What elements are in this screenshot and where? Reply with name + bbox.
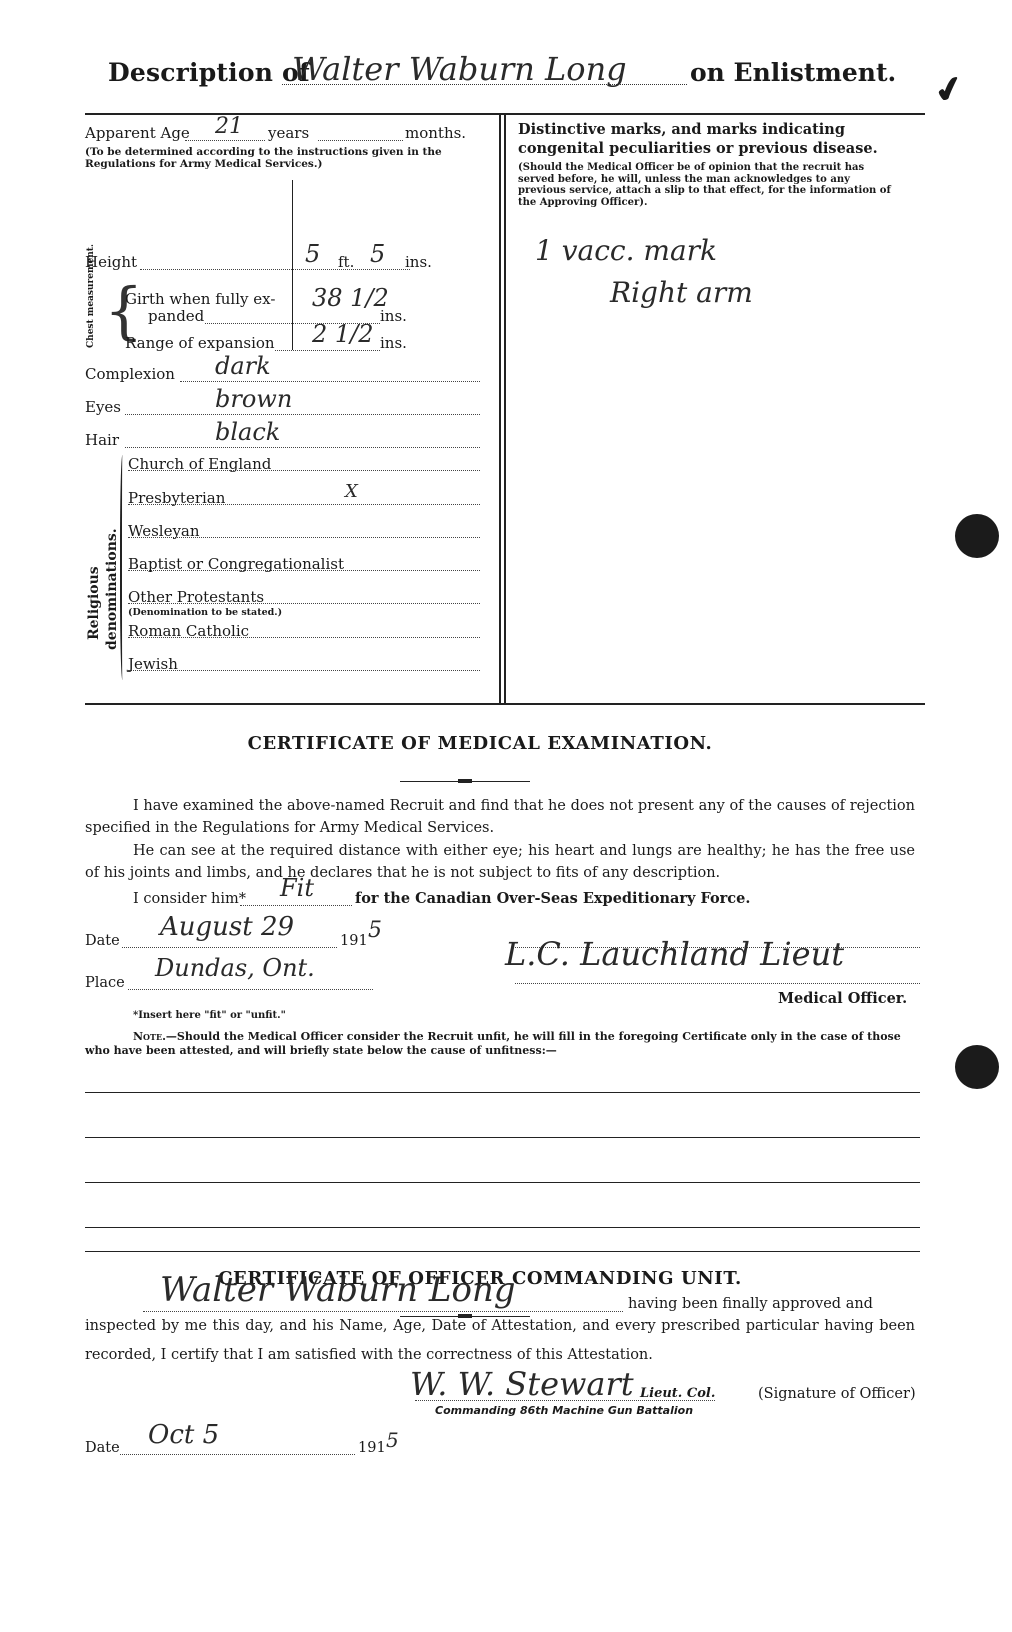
date-label: Date bbox=[85, 930, 120, 952]
co-recruit-name-field[interactable]: Walter Waburn Long bbox=[160, 1270, 516, 1310]
co-year-field[interactable]: 5 bbox=[386, 1428, 399, 1452]
medical-para-1: I have examined the above-named Recruit … bbox=[85, 795, 915, 839]
column-divider bbox=[499, 113, 501, 703]
co-date-label: Date bbox=[85, 1437, 120, 1459]
religion-item[interactable]: Church of England bbox=[128, 455, 271, 473]
religion-item[interactable]: Jewish bbox=[128, 655, 178, 673]
medical-para-2: He can see at the required distance with… bbox=[85, 840, 915, 884]
form-title: Description of bbox=[108, 58, 310, 87]
years-label: years bbox=[268, 124, 309, 142]
co-date-field[interactable]: Oct 5 bbox=[148, 1420, 219, 1450]
check-mark-icon: ✔ bbox=[930, 67, 968, 113]
recruit-name-field[interactable]: Walter Waburn Long bbox=[292, 50, 627, 88]
date-line bbox=[122, 947, 337, 948]
ft-label: ft. bbox=[338, 253, 354, 271]
eyes-label: Eyes bbox=[85, 398, 121, 416]
consider-suffix: for the Canadian Over-Seas Expeditionary… bbox=[355, 888, 750, 910]
section-rule bbox=[85, 703, 925, 705]
religion-item[interactable]: Other Protestants bbox=[128, 588, 264, 606]
range-line bbox=[275, 350, 380, 351]
religion-item-label: Jewish bbox=[128, 655, 178, 673]
unfitness-line-2[interactable] bbox=[85, 1137, 920, 1138]
unfitness-line-5[interactable] bbox=[85, 1251, 920, 1252]
distinctive-entry-2[interactable]: Right arm bbox=[610, 276, 753, 309]
complexion-line bbox=[180, 381, 480, 382]
religion-item[interactable]: Roman Catholic bbox=[128, 622, 249, 640]
hair-line bbox=[125, 447, 480, 448]
religion-group-label-1: Religious bbox=[86, 566, 102, 640]
fit-footnote: *Insert here "fit" or "unfit." bbox=[133, 1010, 286, 1021]
religion-brace bbox=[120, 455, 126, 680]
column-divider-2 bbox=[504, 113, 506, 703]
form-title-suffix: on Enlistment. bbox=[690, 58, 896, 87]
measure-divider bbox=[292, 180, 293, 350]
girth-ins-label: ins. bbox=[380, 307, 407, 325]
religion-item-label: Church of England bbox=[128, 455, 271, 473]
girth-label-2: panded bbox=[148, 307, 204, 325]
complexion-label: Complexion bbox=[85, 365, 175, 383]
place-line bbox=[128, 989, 373, 990]
religion-item[interactable]: Baptist or Congregationalist bbox=[128, 555, 344, 573]
denomination-note: (Denomination to be stated.) bbox=[128, 607, 282, 619]
fitness-field[interactable]: Fit bbox=[280, 874, 314, 902]
punch-hole bbox=[955, 1045, 999, 1089]
consider-label: I consider him* bbox=[133, 888, 246, 910]
religion-item-label: Baptist or Congregationalist bbox=[128, 555, 344, 573]
medical-heading: CERTIFICATE OF MEDICAL EXAMINATION. bbox=[0, 733, 960, 754]
girth-field[interactable]: 38 1/2 bbox=[312, 284, 389, 312]
co-rank: Lieut. Col. bbox=[640, 1383, 715, 1405]
religion-item-label: Presbyterian bbox=[128, 489, 225, 507]
eyes-field[interactable]: brown bbox=[215, 385, 292, 413]
heading-ornament-center bbox=[458, 779, 472, 783]
age-label: Apparent Age bbox=[85, 124, 190, 142]
unfit-note: Note.—Should the Medical Officer conside… bbox=[85, 1030, 920, 1058]
religion-item[interactable]: Presbyterian bbox=[128, 489, 225, 507]
religion-item-label: Wesleyan bbox=[128, 522, 200, 540]
exam-date-field[interactable]: August 29 bbox=[160, 912, 294, 942]
eyes-line bbox=[125, 414, 480, 415]
punch-hole bbox=[955, 514, 999, 558]
range-ins-label: ins. bbox=[380, 334, 407, 352]
range-label: Range of expansion bbox=[125, 334, 275, 352]
co-signature[interactable]: W. W. Stewart bbox=[410, 1365, 634, 1403]
months-label: months. bbox=[405, 124, 466, 142]
height-line bbox=[140, 269, 410, 270]
religion-item[interactable]: Wesleyan bbox=[128, 522, 200, 540]
co-year-prefix: 191 bbox=[358, 1437, 386, 1459]
medical-officer-label: Medical Officer. bbox=[778, 988, 907, 1010]
ins-label: ins. bbox=[405, 253, 432, 271]
religion-item-line bbox=[128, 670, 480, 671]
co-stamp: Commanding 86th Machine Gun Battalion bbox=[435, 1404, 693, 1417]
note-text: —Should the Medical Officer consider the… bbox=[85, 1030, 901, 1057]
co-signature-label: (Signature of Officer) bbox=[758, 1383, 916, 1405]
consider-line bbox=[240, 905, 352, 906]
religion-group-label-2: denominations. bbox=[104, 528, 120, 650]
height-ft-field[interactable]: 5 bbox=[305, 240, 320, 268]
age-note: (To be determined according to the instr… bbox=[85, 146, 480, 170]
hair-field[interactable]: black bbox=[215, 418, 280, 446]
chest-group-label: Chest measurement. bbox=[86, 278, 96, 348]
religion-mark-field[interactable]: X bbox=[345, 481, 358, 502]
religion-item-label: Roman Catholic bbox=[128, 622, 249, 640]
hair-label: Hair bbox=[85, 431, 119, 449]
medical-officer-signature[interactable]: L.C. Lauchland Lieut bbox=[505, 935, 844, 973]
exam-place-field[interactable]: Dundas, Ont. bbox=[155, 954, 315, 982]
age-years-line bbox=[185, 140, 265, 141]
exam-year-field[interactable]: 5 bbox=[368, 918, 382, 943]
age-years-field[interactable]: 21 bbox=[215, 114, 243, 139]
place-label: Place bbox=[85, 972, 125, 994]
distinctive-heading: Distinctive marks, and marks indicating … bbox=[518, 120, 898, 158]
year-prefix: 191 bbox=[340, 930, 368, 952]
co-date-line bbox=[120, 1454, 355, 1455]
unfitness-line-3[interactable] bbox=[85, 1182, 920, 1183]
girth-label: Girth when fully ex- bbox=[125, 290, 275, 308]
age-months-line bbox=[318, 140, 403, 141]
complexion-field[interactable]: dark bbox=[215, 352, 271, 380]
range-field[interactable]: 2 1/2 bbox=[312, 320, 374, 348]
unfitness-line-1[interactable] bbox=[85, 1092, 920, 1093]
co-para: inspected by me this day, and his Name, … bbox=[85, 1312, 915, 1370]
distinctive-note: (Should the Medical Officer be of opinio… bbox=[518, 162, 898, 208]
height-in-field[interactable]: 5 bbox=[370, 240, 385, 268]
note-prefix: Note. bbox=[133, 1030, 166, 1043]
unfitness-line-4[interactable] bbox=[85, 1227, 920, 1228]
officer-sig-line-2 bbox=[515, 983, 920, 984]
distinctive-entry-1[interactable]: 1 vacc. mark bbox=[535, 234, 717, 267]
religion-item-label: Other Protestants bbox=[128, 588, 264, 606]
